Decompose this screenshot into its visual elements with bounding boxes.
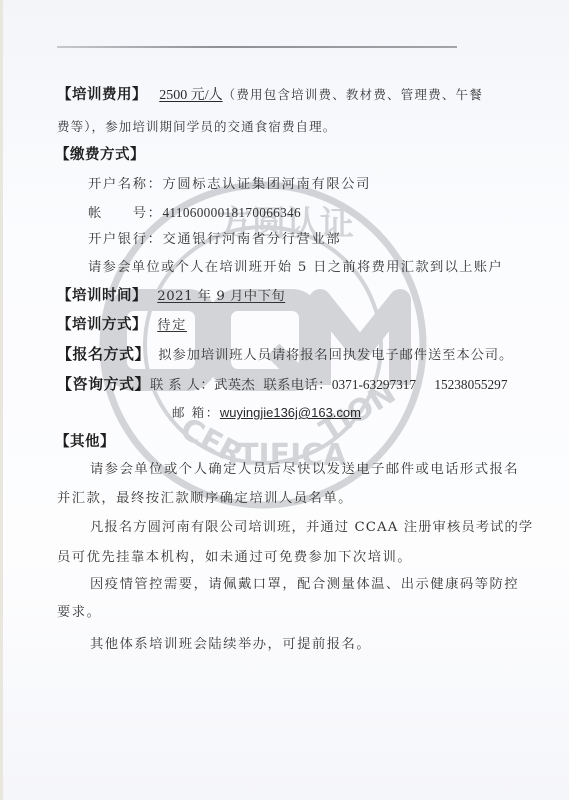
email-row: 邮 箱：wuyingjie136j@163.com	[172, 404, 361, 423]
contact-phone1: 0371-63297317	[332, 377, 416, 392]
bank-name: 交通银行河南省分行营业部	[162, 232, 341, 247]
payment-heading: 【缴费方式】	[55, 146, 145, 164]
registration-heading: 【报名方式】	[57, 345, 150, 363]
mode-row: 【培训方式】 待定	[57, 316, 187, 335]
document-page: CER TIFICA TION 方圆认证 【培训费用】 2500 元/人（费用包…	[0, 0, 569, 800]
other-p3-line2: 要求。	[57, 604, 101, 622]
other-p4: 其他体系培训班会陆续举办，可提前报名。	[90, 636, 371, 654]
contact-heading: 【咨询方式】	[57, 375, 150, 393]
fee-amount: 2500 元/人	[159, 88, 222, 103]
other-p1-line1: 请参会单位或个人确定人员后尽快以发送电子邮件或电话形式报名	[90, 461, 519, 479]
account-name: 方圆标志认证集团河南有限公司	[162, 177, 371, 192]
registration-value: 拟参加培训班人员请将报名回执发电子邮件送至本公司。	[158, 348, 513, 363]
account-no-label: 帐 号：	[88, 206, 162, 221]
payment-note: 请参会单位或个人在培训班开始 5 日之前将费用汇款到以上账户	[88, 259, 503, 277]
account-no: 41106000018170066346	[162, 205, 300, 220]
account-name-label: 开户名称：	[88, 177, 162, 192]
bank-row: 开户银行：交通银行河南省分行营业部	[88, 231, 341, 249]
registration-row: 【报名方式】 拟参加培训班人员请将报名回执发电子邮件送至本公司。	[57, 345, 513, 365]
contact-person-label: 联 系 人：	[150, 378, 214, 393]
other-p2-line1: 凡报名方圆河南有限公司培训班，并通过 CCAA 注册审核员考试的学	[90, 519, 533, 537]
account-name-row: 开户名称：方圆标志认证集团河南有限公司	[88, 176, 371, 194]
fee-detail: （费用包含培训费、教材费、管理费、午餐	[223, 87, 483, 102]
bank-label: 开户银行：	[88, 232, 162, 247]
time-row: 【培训时间】 2021 年 9 月中下旬	[57, 287, 285, 306]
page-edge	[0, 0, 3, 800]
fee-heading: 【培训费用】	[57, 87, 147, 103]
contact-phone-label: 联系电话：	[263, 378, 331, 393]
mode-heading: 【培训方式】	[57, 317, 147, 333]
contact-person: 武英杰	[214, 378, 255, 393]
other-heading: 【其他】	[55, 433, 115, 451]
contact-row: 【咨询方式】联 系 人：武英杰 联系电话：0371-63297317 15238…	[57, 375, 507, 395]
other-p3-line1: 因疫情管控需要，请佩戴口罩，配合测量体温、出示健康码等防控	[90, 576, 519, 594]
fee-row: 【培训费用】 2500 元/人（费用包含培训费、教材费、管理费、午餐	[57, 86, 483, 105]
email-link[interactable]: wuyingjie136j@163.com	[220, 405, 361, 420]
email-label: 邮 箱：	[172, 405, 220, 420]
other-p2-line2: 员可优先挂靠本机构，如未通过可免费参加下次培训。	[57, 549, 412, 567]
fee-detail-cont: 费等），参加培训期间学员的交通食宿费自理。	[57, 118, 336, 136]
other-p1-line2: 并汇款，最终按汇款顺序确定培训人员名单。	[57, 490, 353, 508]
header-rule	[57, 46, 457, 48]
contact-phone2: 15238055297	[434, 377, 507, 392]
mode-value: 待定	[157, 318, 187, 333]
time-value: 2021 年 9 月中下旬	[157, 289, 285, 304]
account-no-row: 帐 号：41106000018170066346	[88, 204, 301, 223]
time-heading: 【培训时间】	[57, 288, 147, 304]
